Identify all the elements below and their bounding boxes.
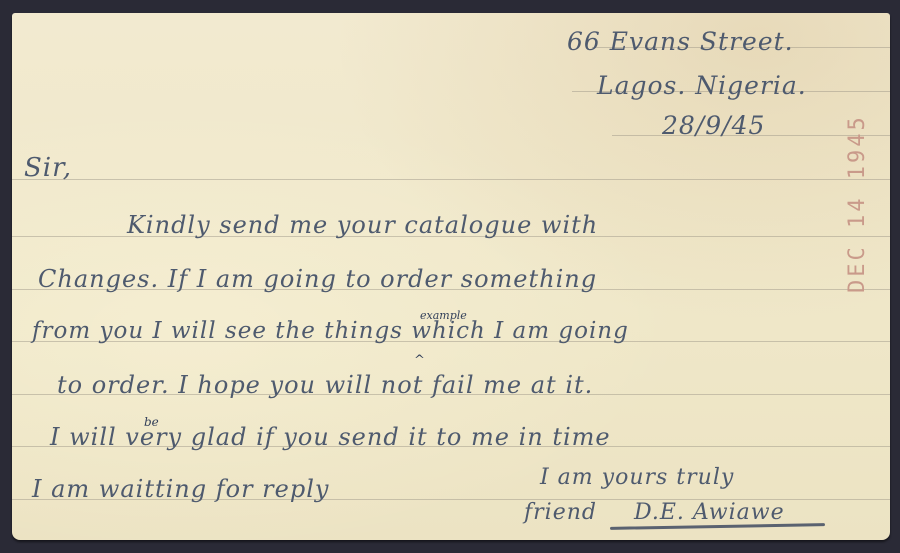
insertion-caret: ^: [414, 353, 425, 368]
address-line-street: 66 Evans Street.: [567, 27, 794, 56]
address-line-city: Lagos. Nigeria.: [597, 71, 807, 100]
signature-prefix: friend: [524, 500, 597, 525]
letter-line-3: from you I will see the things which I a…: [32, 318, 629, 344]
letter-line-1: Kindly send me your catalogue with: [127, 211, 598, 239]
closing: I am yours truly: [540, 465, 734, 490]
salutation: Sir,: [24, 153, 72, 183]
letter-line-6: I am waitting for reply: [32, 475, 329, 503]
letter-line-4: to order. I hope you will not fail me at…: [57, 371, 593, 399]
letter-date: 28/9/45: [662, 111, 765, 140]
scanned-postcard: 66 Evans Street. Lagos. Nigeria. 28/9/45…: [0, 0, 900, 553]
ruled-line: [12, 179, 890, 180]
postcard-paper: 66 Evans Street. Lagos. Nigeria. 28/9/45…: [12, 13, 890, 540]
letter-line-5: I will very glad if you send it to me in…: [50, 423, 611, 451]
letter-line-2: Changes. If I am going to order somethin…: [38, 265, 597, 293]
postmark-date-stamp: DEC 14 1945: [845, 114, 870, 293]
signature-name: D.E. Awiawe: [634, 500, 785, 525]
